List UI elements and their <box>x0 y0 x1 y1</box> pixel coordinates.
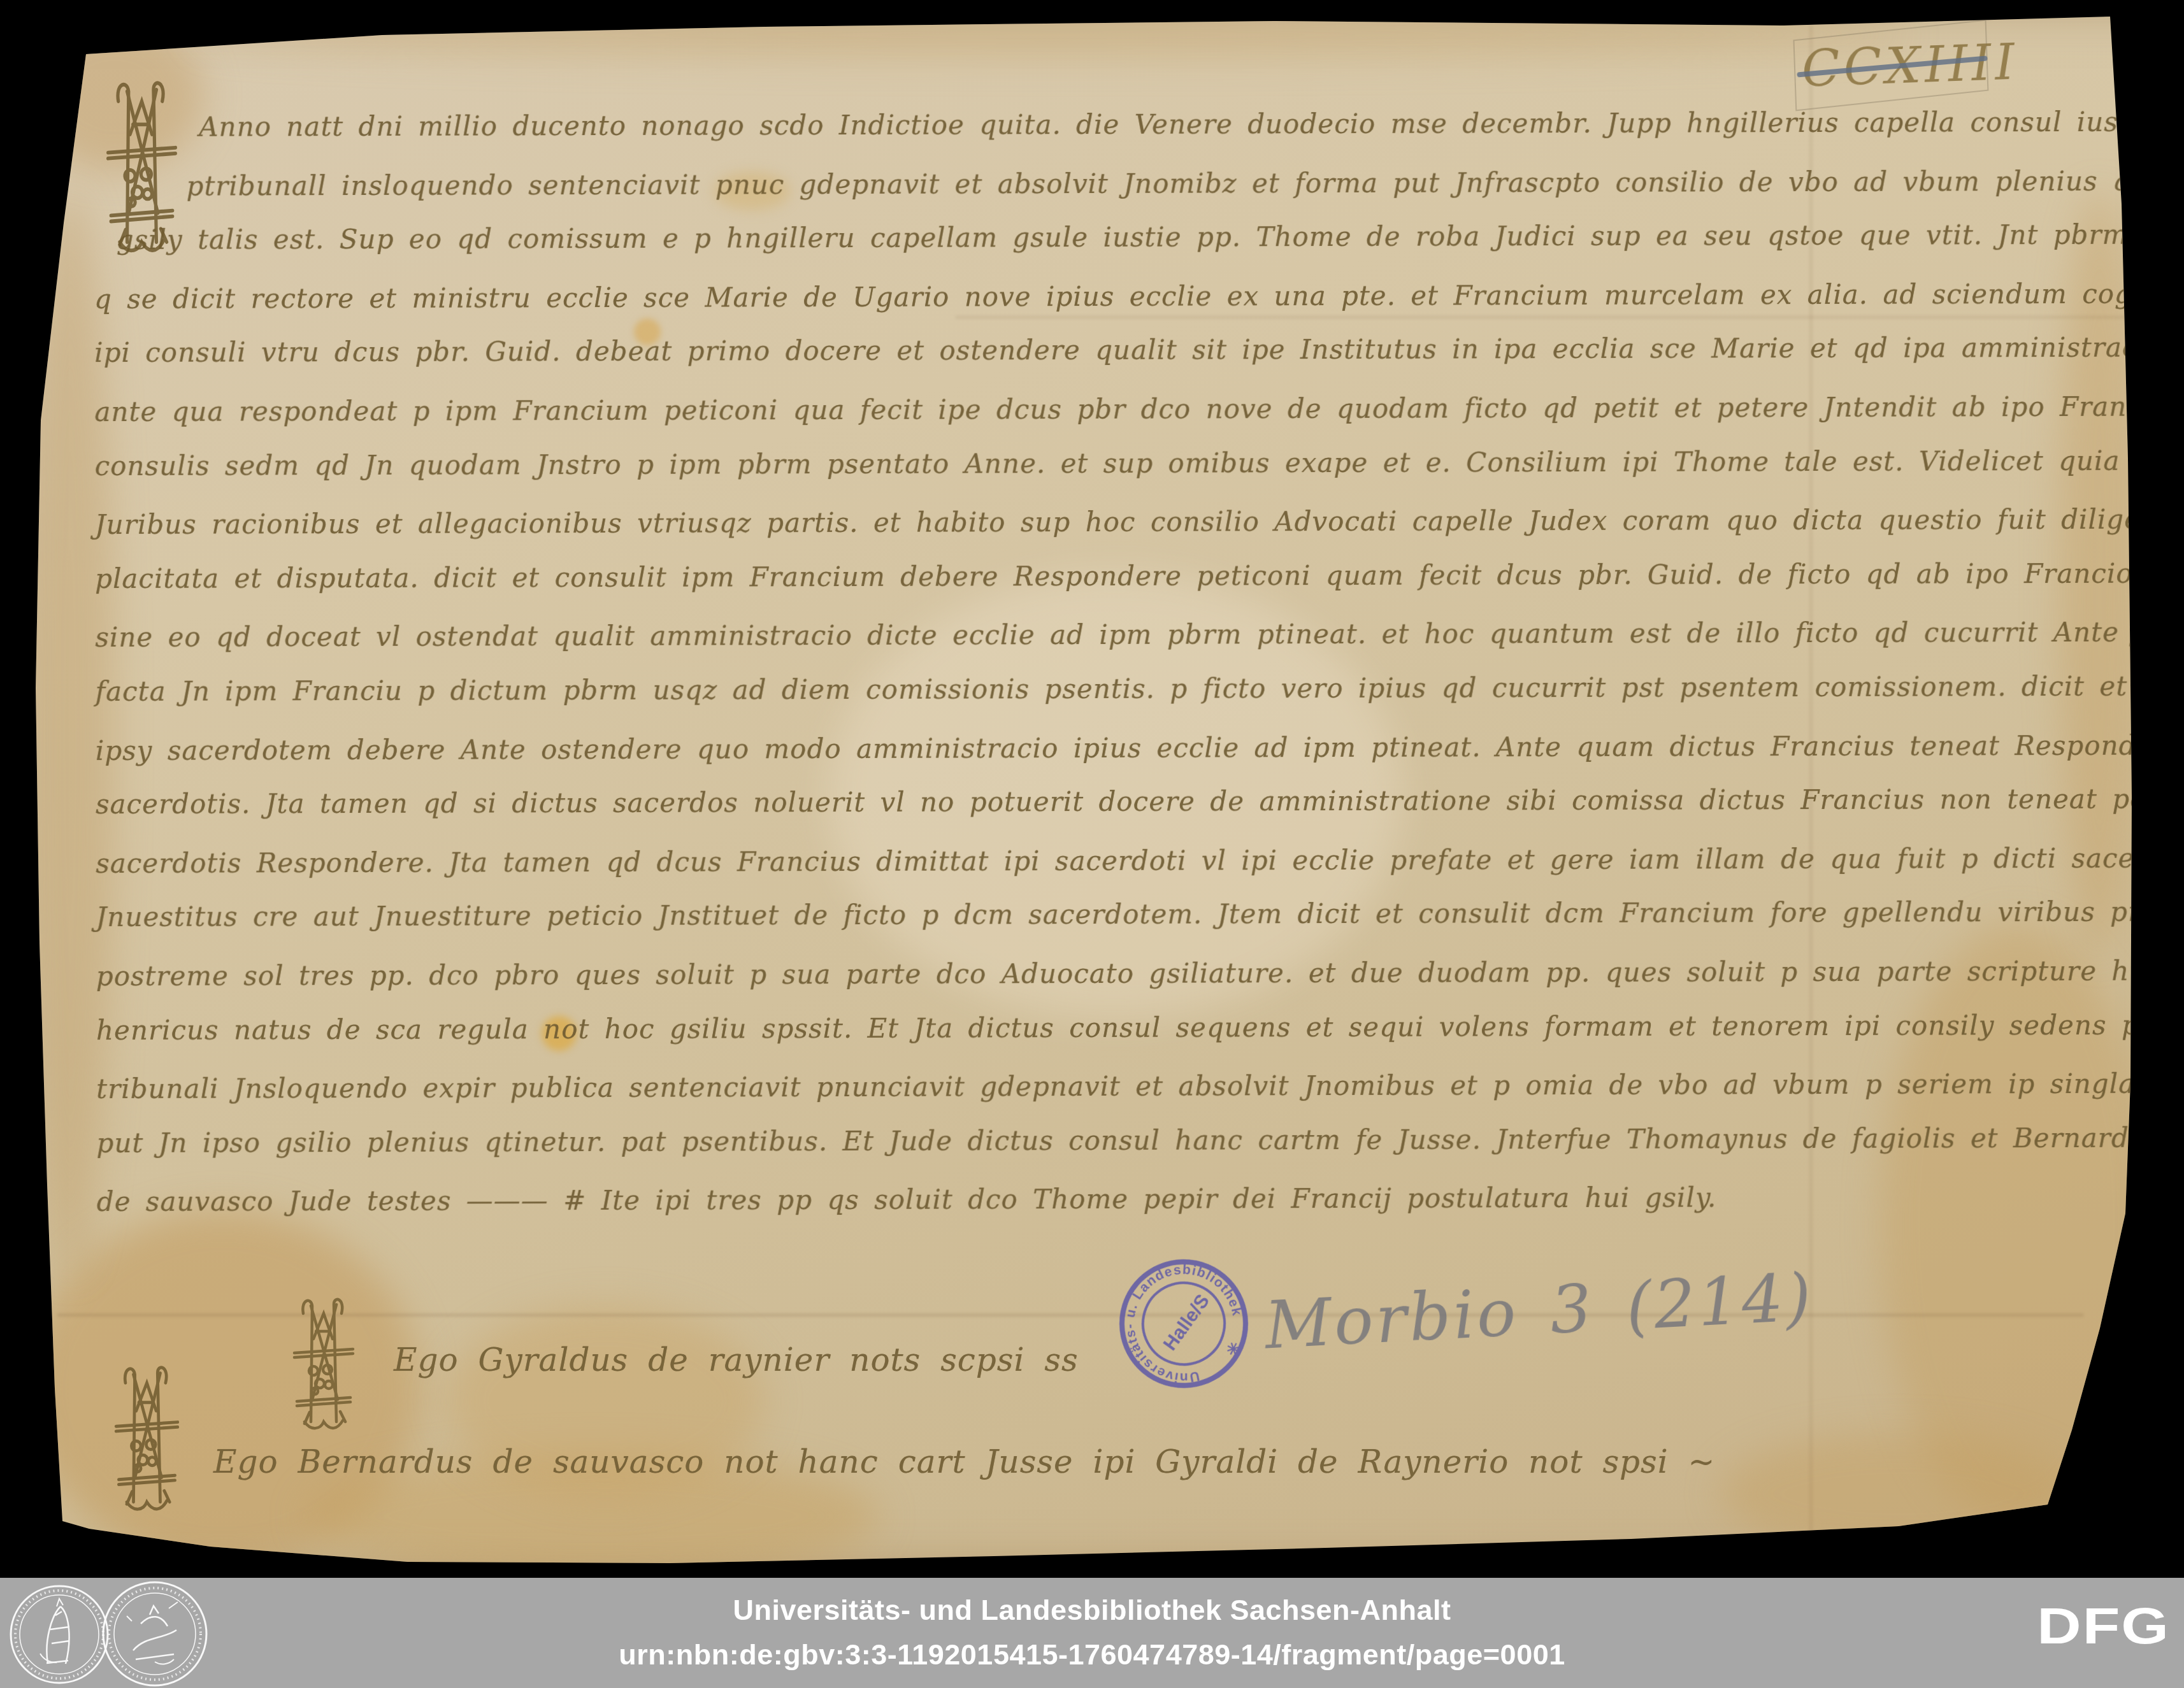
footer-urn: urn:nbn:de:gbv:3:3-1192015415-1760474789… <box>0 1640 2184 1669</box>
stamp-center-text: Halle/S <box>1160 1291 1214 1354</box>
notary-mark-icon <box>108 83 176 250</box>
manuscript-overlay-graphics: Universitäts- u. Landesbibliothek ✳ Hall… <box>0 0 2184 1578</box>
footer-seals <box>0 1578 229 1688</box>
library-stamp: Universitäts- u. Landesbibliothek ✳ Hall… <box>1100 1240 1267 1407</box>
footer-library-name: Universitäts- und Landesbibliothek Sachs… <box>0 1596 2184 1624</box>
scanned-document-page: Anno natt dni millio ducento nonago scdo… <box>0 0 2184 1688</box>
caption-footer-bar: Universitäts- und Landesbibliothek Sachs… <box>0 1578 2184 1688</box>
notary-mark-icon <box>294 1299 353 1428</box>
notary-mark-icon <box>116 1368 178 1509</box>
dfg-logo: DFG <box>2037 1598 2170 1656</box>
parchment-sheet: Anno natt dni millio ducento nonago scdo… <box>0 0 2184 1578</box>
